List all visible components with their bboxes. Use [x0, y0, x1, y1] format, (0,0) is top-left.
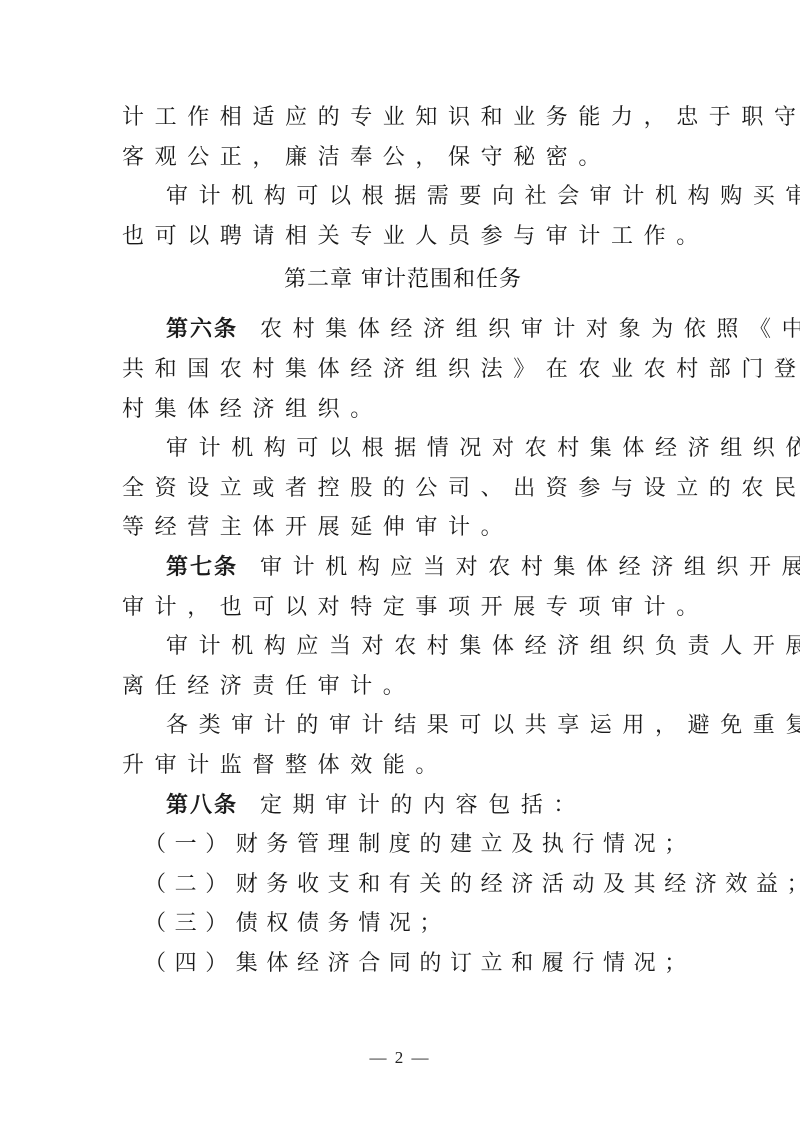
- document-page: 计工作相适应的专业知识和业务能力，忠于职守，坚持原则， 客观公正，廉洁奉公，保守…: [122, 98, 684, 983]
- body-text-line: 审计，也可以对特定事项开展专项审计。: [122, 588, 684, 628]
- body-text-line: 审计机构可以根据情况对农村集体经济组织依法依规: [122, 429, 684, 469]
- body-text-line: 也可以聘请相关专业人员参与审计工作。: [122, 217, 684, 257]
- article-label: 第六条: [166, 317, 238, 342]
- page-number: — 2 —: [0, 1048, 800, 1068]
- list-item: （三）债权债务情况；: [122, 904, 684, 944]
- body-text-line: 离任经济责任审计。: [122, 667, 684, 707]
- article-label: 第八条: [166, 793, 238, 818]
- article-text: 审计机构应当对农村集体经济组织开展定期: [260, 555, 800, 580]
- chapter-title: 第二章 审计范围和任务: [122, 258, 684, 302]
- body-text-line: 共和国农村集体经济组织法》在农业农村部门登记赋码的农: [122, 350, 684, 390]
- list-item: （四）集体经济合同的订立和履行情况；: [122, 944, 684, 984]
- article-first-line: 第六条农村集体经济组织审计对象为依照《中华人民: [122, 310, 684, 350]
- list-item: （一）财务管理制度的建立及执行情况；: [122, 825, 684, 865]
- body-text-line: 计工作相适应的专业知识和业务能力，忠于职守，坚持原则，: [122, 98, 684, 138]
- body-text-line: 升审计监督整体效能。: [122, 746, 684, 786]
- article-first-line: 第八条定期审计的内容包括：: [122, 786, 684, 826]
- body-text-line: 客观公正，廉洁奉公，保守秘密。: [122, 138, 684, 178]
- article-label: 第七条: [166, 555, 238, 580]
- body-text-line: 村集体经济组织。: [122, 390, 684, 430]
- article-first-line: 第七条审计机构应当对农村集体经济组织开展定期: [122, 548, 684, 588]
- list-item: （二）财务收支和有关的经济活动及其经济效益；: [122, 865, 684, 905]
- body-text-line: 全资设立或者控股的公司、出资参与设立的农民专业合作社: [122, 469, 684, 509]
- body-text-line: 审计机构应当对农村集体经济组织负责人开展任期和: [122, 627, 684, 667]
- body-text-line: 各类审计的审计结果可以共享运用，避免重复审计，提: [122, 706, 684, 746]
- article-text: 农村集体经济组织审计对象为依照《中华人民: [260, 317, 800, 342]
- article-text: 定期审计的内容包括：: [260, 793, 586, 818]
- body-text-line: 审计机构可以根据需要向社会审计机构购买审计服务，: [122, 177, 684, 217]
- body-text-line: 等经营主体开展延伸审计。: [122, 508, 684, 548]
